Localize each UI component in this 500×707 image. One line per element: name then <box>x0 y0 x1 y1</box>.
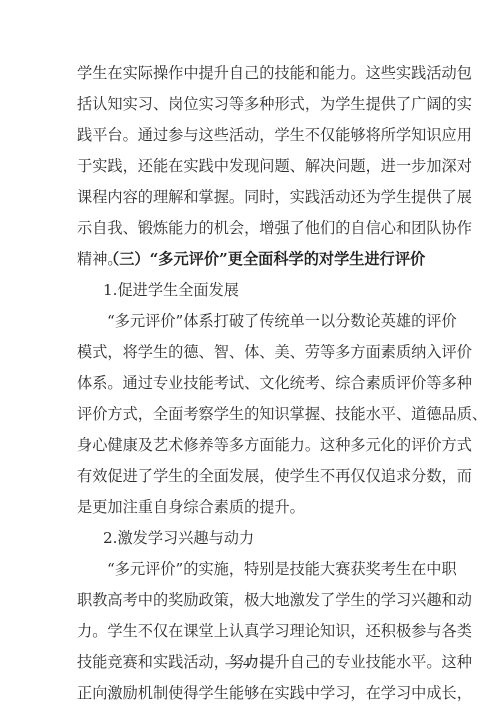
paragraph-line: 括认知实习、岗位实习等多种形式，为学生提供了广阔的实 <box>77 89 430 120</box>
paragraph-line: 课程内容的理解和掌握。同时，实践活动还为学生提供了展 <box>77 182 430 213</box>
paragraph-line: 模式，将学生的德、智、体、美、劳等多方面素质纳入评价 <box>77 337 430 368</box>
paragraph-line: 评价方式，全面考察学生的知识掌握、技能水平、道德品质、 <box>77 399 430 430</box>
paragraph-line: “多元评价”的实施，特别是技能大赛获奖考生在中职 <box>107 554 430 585</box>
paragraph-line: 身心健康及艺术修养等多方面能力。这种多元化的评价方式 <box>77 430 430 461</box>
paragraph-line: 践平台。通过参与这些活动，学生不仅能够将所学知识应用 <box>77 120 430 151</box>
paragraph-line: 学生在实际操作中提升自己的技能和能力。这些实践活动包 <box>77 58 430 89</box>
document-page: 学生在实际操作中提升自己的技能和能力。这些实践活动包 括认知实习、岗位实习等多种… <box>0 0 500 707</box>
paragraph-line: 职教高考中的奖励政策，极大地激发了学生的学习兴趣和动 <box>77 585 430 616</box>
subsection-title: 2.激发学习兴趣与动力 <box>103 523 254 554</box>
paragraph-line: 有效促进了学生的全面发展，使学生不再仅仅追求分数，而 <box>77 461 430 492</box>
paragraph-line: 于实践，还能在实践中发现问题、解决问题，进一步加深对 <box>77 151 430 182</box>
paragraph-line: 示自我、锻炼能力的机会，增强了他们的自信心和团队协作 <box>77 213 430 244</box>
paragraph-line: 力。学生不仅在课堂上认真学习理论知识，还积极参与各类 <box>77 616 430 647</box>
section-heading-text: （三）“多元评价”更全面科学的对学生进行评价 <box>104 250 425 268</box>
section-heading: （三）“多元评价”更全面科学的对学生进行评价 <box>104 244 414 275</box>
paragraph-line: 体系。通过专业技能考试、文化统考、综合素质评价等多种 <box>77 368 430 399</box>
paragraph-line: “多元评价”体系打破了传统单一以分数论英雄的评价 <box>107 306 430 337</box>
paragraph-line: 正向激励机制使得学生能够在实践中学习，在学习中成长， <box>77 678 430 707</box>
page-number: — 47 — <box>0 652 500 676</box>
subsection-title: 1.促进学生全面发展 <box>103 275 239 306</box>
paragraph-line: 是更加注重自身综合素质的提升。 <box>77 492 430 523</box>
